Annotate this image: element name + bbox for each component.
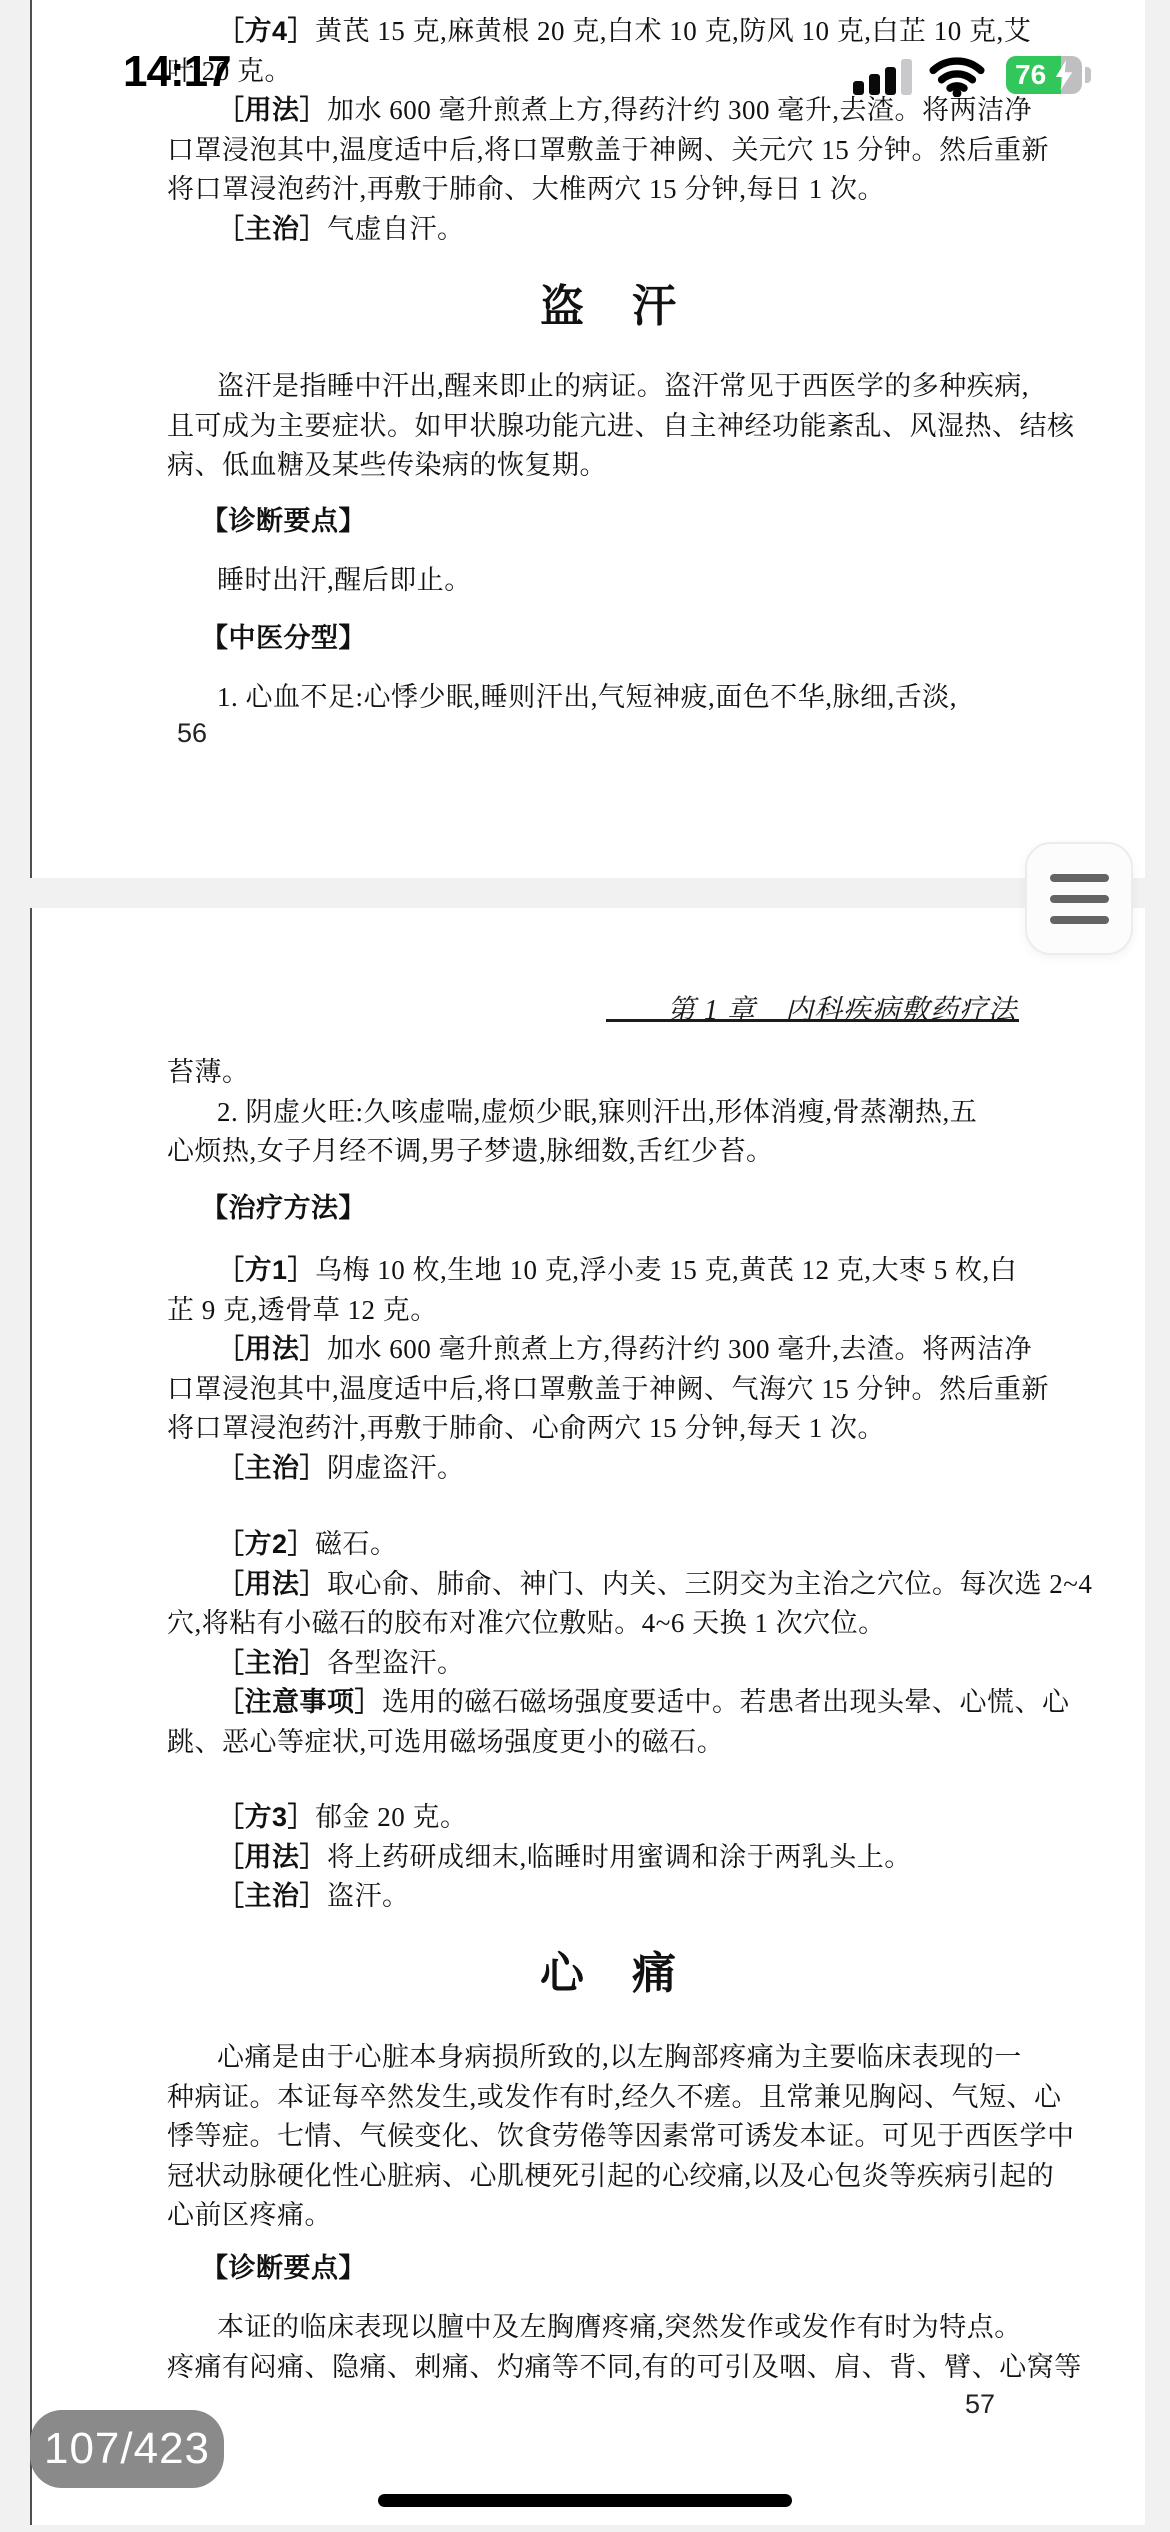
text-line: ［主治］各型盗汗。 xyxy=(167,1644,1051,1684)
text-block: 盗汗是指睡中汗出,醒来即止的病证。盗汗常见于西医学的多种疾病,且可成为主要症状。… xyxy=(167,367,1051,486)
text-line: ［主治］气虚自汗。 xyxy=(167,210,1051,250)
text-line: 口罩浸泡其中,温度适中后,将口罩敷盖于神阙、关元穴 15 分钟。然后重新 xyxy=(167,131,1051,171)
field-label: ［用法］ xyxy=(217,1842,327,1872)
text-block: 睡时出汗,醒后即止。 xyxy=(167,561,1051,601)
text-line: 心痛是由于心脏本身病损所致的,以左胸部疼痛为主要临床表现的一 xyxy=(167,2038,1051,2078)
field-label: ［注意事项］ xyxy=(217,1687,382,1717)
text-line: 2. 阴虚火旺:久咳虚喘,虚烦少眠,寐则汗出,形体消瘦,骨蒸潮热,五 xyxy=(167,1093,1051,1133)
text-line: ［注意事项］选用的磁石磁场强度要适中。若患者出现头晕、心慌、心 xyxy=(167,1683,1051,1723)
text-line: 冠状动脉硬化性心脏病、心肌梗死引起的心绞痛,以及心包炎等疾病引起的 xyxy=(167,2157,1051,2197)
text-line: 芷 9 克,透骨草 12 克。 xyxy=(167,1291,1051,1331)
chapter-header: 第 1 章 内科疾病敷药疗法 xyxy=(667,988,1017,1028)
field-label: 【诊断要点】 xyxy=(201,2253,366,2283)
section-title: 盗 汗 xyxy=(167,283,1051,331)
text-line: 叶 20 克。 xyxy=(167,52,1051,92)
field-label: ［方1］ xyxy=(217,1255,315,1285)
text-line: 盗汗是指睡中汗出,醒来即止的病证。盗汗常见于西医学的多种疾病, xyxy=(167,367,1051,407)
text-line: ［用法］取心俞、肺俞、神门、内关、三阴交为主治之穴位。每次选 2~4 xyxy=(167,1565,1051,1605)
reader-screen: ［方4］黄芪 15 克,麻黄根 20 克,白术 10 克,防风 10 克,白芷 … xyxy=(0,0,1170,2532)
text-line: 跳、恶心等症状,可选用磁场强度更小的磁石。 xyxy=(167,1723,1051,1763)
text-line: 心烦热,女子月经不调,男子梦遗,脉细数,舌红少苔。 xyxy=(167,1132,1051,1172)
text-line: 将口罩浸泡药汁,再敷于肺俞、大椎两穴 15 分钟,每日 1 次。 xyxy=(167,170,1051,210)
text-line: 种病证。本证每卒然发生,或发作有时,经久不瘥。且常兼见胸闷、气短、心 xyxy=(167,2078,1051,2118)
field-label: ［主治］ xyxy=(217,1648,327,1678)
text-line: ［方4］黄芪 15 克,麻黄根 20 克,白术 10 克,防风 10 克,白芷 … xyxy=(167,12,1051,52)
text-block: ［方2］磁石。［用法］取心俞、肺俞、神门、内关、三阴交为主治之穴位。每次选 2~… xyxy=(167,1525,1051,1762)
section-title: 心 痛 xyxy=(167,1950,1051,1998)
home-indicator[interactable] xyxy=(378,2494,792,2507)
text-line: 且可成为主要症状。如甲状腺功能亢进、自主神经功能紊乱、风湿热、结核 xyxy=(167,407,1051,447)
text-block: 本证的临床表现以膻中及左胸膺疼痛,突然发作或发作有时为特点。疼痛有闷痛、隐痛、刺… xyxy=(167,2308,1051,2387)
text-line: 病、低血糖及某些传染病的恢复期。 xyxy=(167,446,1051,486)
field-label: ［方3］ xyxy=(217,1802,315,1832)
text-block: 1. 心血不足:心悸少眠,睡则汗出,气短神疲,面色不华,脉细,舌淡, xyxy=(167,678,1051,718)
text-block: 心痛是由于心脏本身病损所致的,以左胸部疼痛为主要临床表现的一种病证。本证每卒然发… xyxy=(167,2038,1051,2236)
field-label: ［主治］ xyxy=(217,1453,327,1483)
field-label: ［用法］ xyxy=(217,95,327,125)
text-line: 口罩浸泡其中,温度适中后,将口罩敷盖于神阙、气海穴 15 分钟。然后重新 xyxy=(167,1370,1051,1410)
field-label: 【诊断要点】 xyxy=(201,506,366,536)
text-block: ［方4］黄芪 15 克,麻黄根 20 克,白术 10 克,防风 10 克,白芷 … xyxy=(167,12,1051,249)
text-line: 疼痛有闷痛、隐痛、刺痛、灼痛等不同,有的可引及咽、肩、背、臂、心窝等 xyxy=(167,2348,1051,2388)
field-label: ［方2］ xyxy=(217,1529,315,1559)
field-label: ［用法］ xyxy=(217,1334,327,1364)
text-line: 【诊断要点】 xyxy=(167,502,1051,542)
text-line: 本证的临床表现以膻中及左胸膺疼痛,突然发作或发作有时为特点。 xyxy=(167,2308,1051,2348)
text-block: 【诊断要点】 xyxy=(167,502,1051,542)
text-line: 将口罩浸泡药汁,再敷于肺俞、心俞两穴 15 分钟,每天 1 次。 xyxy=(167,1409,1051,1449)
text-line: ［主治］阴虚盗汗。 xyxy=(167,1449,1051,1489)
text-line: 心前区疼痛。 xyxy=(167,2196,1051,2236)
book-page-bottom[interactable]: 第 1 章 内科疾病敷药疗法 苔薄。2. 阴虚火旺:久咳虚喘,虚烦少眠,寐则汗出… xyxy=(30,908,1145,2525)
menu-button[interactable] xyxy=(1025,842,1133,955)
field-label: ［主治］ xyxy=(217,1881,327,1911)
text-line: ［主治］盗汗。 xyxy=(167,1877,1051,1917)
text-line: ［方3］郁金 20 克。 xyxy=(167,1798,1051,1838)
text-line: ［用法］将上药研成细末,临睡时用蜜调和涂于两乳头上。 xyxy=(167,1838,1051,1878)
page-indicator-pill: 107/423 xyxy=(30,2410,224,2488)
printed-page-number: 56 xyxy=(177,718,207,748)
text-block: 【中医分型】 xyxy=(167,619,1051,659)
text-line: ［用法］加水 600 毫升煎煮上方,得药汁约 300 毫升,去渣。将两洁净 xyxy=(167,1330,1051,1370)
text-line: 【中医分型】 xyxy=(167,619,1051,659)
text-line: 苔薄。 xyxy=(167,1053,1051,1093)
text-line: 穴,将粘有小磁石的胶布对准穴位敷贴。4~6 天换 1 次穴位。 xyxy=(167,1604,1051,1644)
text-block: 苔薄。2. 阴虚火旺:久咳虚喘,虚烦少眠,寐则汗出,形体消瘦,骨蒸潮热,五心烦热… xyxy=(167,1053,1051,1172)
text-line: 【治疗方法】 xyxy=(167,1189,1051,1229)
field-label: 【治疗方法】 xyxy=(201,1193,366,1223)
text-line: 睡时出汗,醒后即止。 xyxy=(167,561,1051,601)
text-line: ［方2］磁石。 xyxy=(167,1525,1051,1565)
text-block: ［方3］郁金 20 克。［用法］将上药研成细末,临睡时用蜜调和涂于两乳头上。［主… xyxy=(167,1798,1051,1917)
text-block: 【治疗方法】 xyxy=(167,1189,1051,1229)
field-label: ［主治］ xyxy=(217,214,327,244)
field-label: ［方4］ xyxy=(217,16,315,46)
book-page-top[interactable]: ［方4］黄芪 15 克,麻黄根 20 克,白术 10 克,防风 10 克,白芷 … xyxy=(30,0,1145,878)
text-line: 悸等症。七情、气候变化、饮食劳倦等因素常可诱发本证。可见于西医学中 xyxy=(167,2117,1051,2157)
text-block: ［方1］乌梅 10 枚,生地 10 克,浮小麦 15 克,黄芪 12 克,大枣 … xyxy=(167,1251,1051,1488)
printed-page-number: 57 xyxy=(965,2389,995,2419)
text-block: 【诊断要点】 xyxy=(167,2249,1051,2289)
field-label: 【中医分型】 xyxy=(201,623,366,653)
text-line: ［方1］乌梅 10 枚,生地 10 克,浮小麦 15 克,黄芪 12 克,大枣 … xyxy=(167,1251,1051,1291)
chapter-header-rule xyxy=(606,1019,1019,1022)
text-line: ［用法］加水 600 毫升煎煮上方,得药汁约 300 毫升,去渣。将两洁净 xyxy=(167,91,1051,131)
text-line: 【诊断要点】 xyxy=(167,2249,1051,2289)
text-line: 1. 心血不足:心悸少眠,睡则汗出,气短神疲,面色不华,脉细,舌淡, xyxy=(167,678,1051,718)
field-label: ［用法］ xyxy=(217,1569,327,1599)
